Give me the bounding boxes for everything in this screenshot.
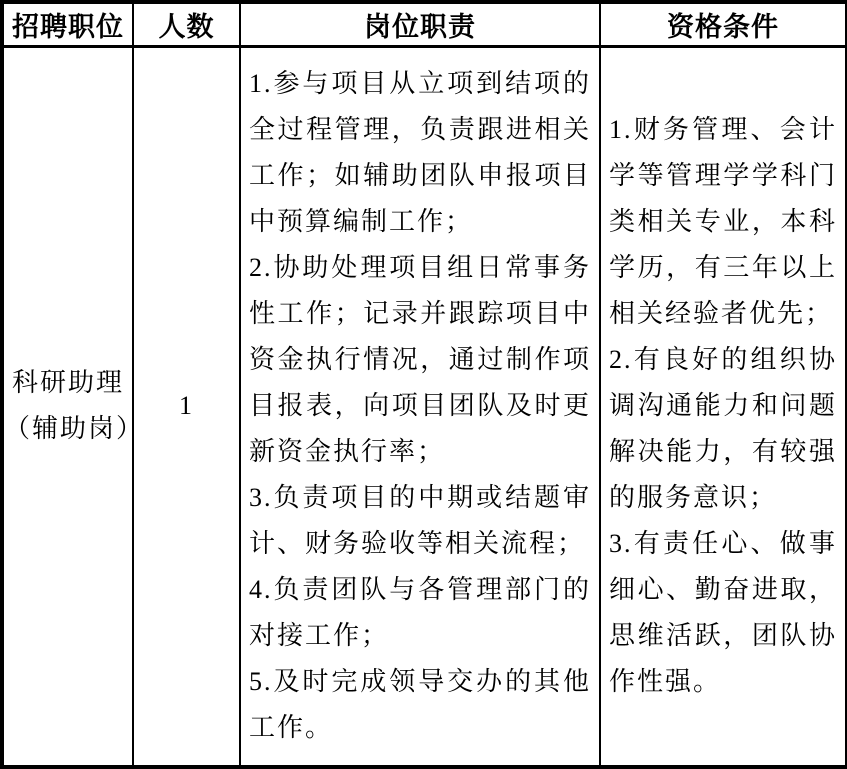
- header-qualifications: 资格条件: [600, 2, 847, 46]
- qualification-item-1: 1.财务管理、会计学等管理学学科门类相关专业，本科学历，有三年以上相关经验者优先…: [609, 107, 837, 337]
- duty-item-4: 4.负责团队与各管理部门的对接工作；: [249, 567, 591, 659]
- duty-item-5: 5.及时完成领导交办的其他工作。: [249, 659, 591, 751]
- recruitment-table: 招聘职位 人数 岗位职责 资格条件 科研助理 （辅助岗） 1 1.参与项目从立项…: [0, 0, 847, 769]
- duty-item-3: 3.负责项目的中期或结题审计、财务验收等相关流程；: [249, 475, 591, 567]
- qualification-item-2: 2.有良好的组织协调沟通能力和问题解决能力，有较强的服务意识；: [609, 337, 837, 521]
- header-position: 招聘职位: [2, 2, 133, 46]
- duty-item-2: 2.协助处理项目组日常事务性工作；记录并跟踪项目中资金执行情况，通过制作项目报表…: [249, 245, 591, 475]
- cell-position: 科研助理 （辅助岗）: [2, 46, 133, 767]
- table-header-row: 招聘职位 人数 岗位职责 资格条件: [2, 2, 847, 46]
- cell-headcount: 1: [133, 46, 240, 767]
- document-page: 招聘职位 人数 岗位职责 资格条件 科研助理 （辅助岗） 1 1.参与项目从立项…: [0, 0, 847, 769]
- qualification-item-3: 3.有责任心、做事细心、勤奋进取，思维活跃，团队协作性强。: [609, 521, 837, 705]
- cell-qualifications: 1.财务管理、会计学等管理学学科门类相关专业，本科学历，有三年以上相关经验者优先…: [600, 46, 847, 767]
- table-row: 科研助理 （辅助岗） 1 1.参与项目从立项到结项的全过程管理，负责跟进相关工作…: [2, 46, 847, 767]
- duty-item-1: 1.参与项目从立项到结项的全过程管理，负责跟进相关工作；如辅助团队申报项目中预算…: [249, 61, 591, 245]
- cell-duties: 1.参与项目从立项到结项的全过程管理，负责跟进相关工作；如辅助团队申报项目中预算…: [240, 46, 600, 767]
- header-duties: 岗位职责: [240, 2, 600, 46]
- header-headcount: 人数: [133, 2, 240, 46]
